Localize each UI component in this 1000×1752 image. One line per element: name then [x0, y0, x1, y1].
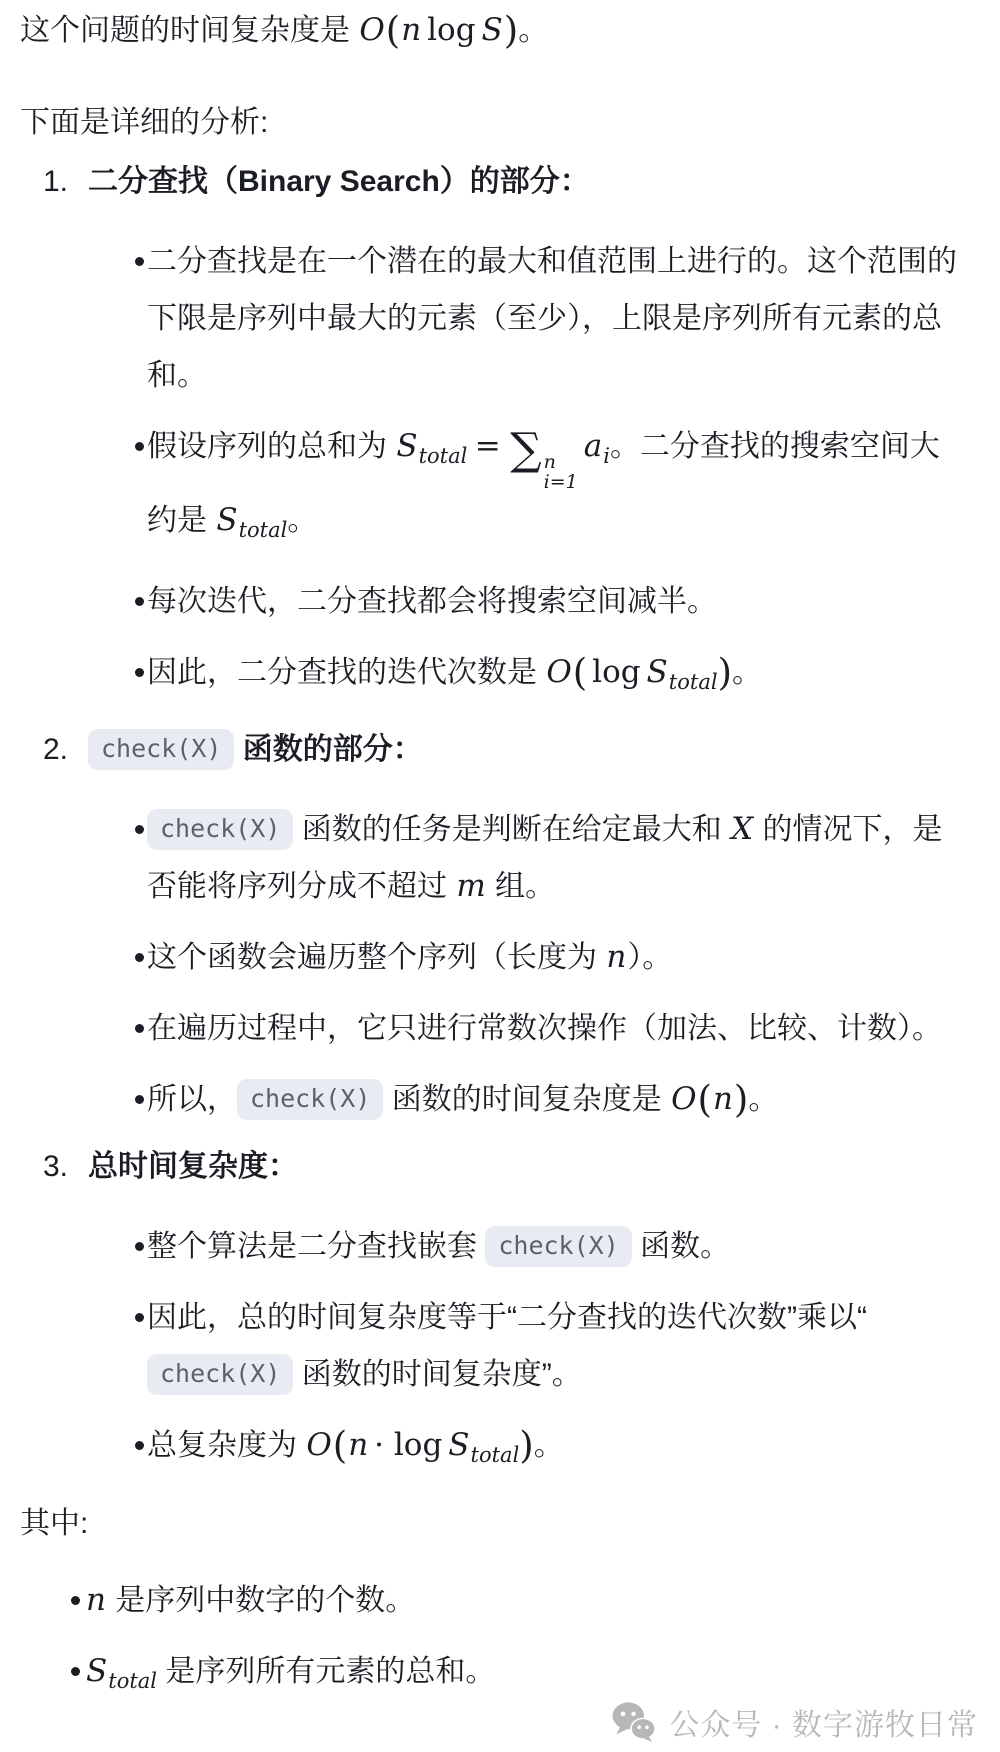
- sum-lower: i=1: [544, 472, 578, 492]
- math-token: ·: [374, 1427, 384, 1463]
- math-token: ): [718, 651, 732, 694]
- math-formula: O(n·logStotal): [305, 1427, 533, 1463]
- math-token: n: [400, 12, 422, 48]
- text-run: 是序列中数字的个数。: [107, 1584, 415, 1617]
- bullet-content: 每次迭代，二分查找都会将搜索空间减半。: [147, 585, 717, 618]
- sub-bullet-item: 假设序列的总和为 Stotal=∑ni=1ai。二分查找的搜索空间大约是 Sto…: [20, 418, 980, 559]
- top-bullet-item: n 是序列中数字的个数。: [20, 1572, 980, 1629]
- bullet-content: n 是序列中数字的个数。: [85, 1584, 415, 1617]
- text-run: 因此，总的时间复杂度等于“二分查找的迭代次数”乘以“: [147, 1301, 867, 1334]
- inline-code-chip: check(X): [485, 1226, 631, 1267]
- text-run: 在遍历过程中，它只进行常数次操作（加法、比较、计数）。: [147, 1012, 942, 1045]
- text-run: 因此，二分查找的迭代次数是: [147, 656, 545, 689]
- math-token: O: [670, 1081, 697, 1117]
- text-run: 总复杂度为: [147, 1429, 305, 1462]
- text-run: 组。: [487, 870, 555, 903]
- math-token: ): [504, 9, 518, 52]
- math-subscript: total: [419, 444, 468, 468]
- math-token: X: [730, 811, 754, 847]
- math-formula: O(n): [670, 1081, 748, 1117]
- sum-limits: ni=1: [544, 452, 578, 492]
- answer-document: 这个问题的时间复杂度是 O(nlogS)。下面是详细的分析:1.二分查找（Bin…: [0, 0, 1000, 1752]
- bullet-content: 假设序列的总和为 Stotal=∑ni=1ai。二分查找的搜索空间大约是 Sto…: [147, 430, 940, 537]
- math-subscript: total: [471, 1443, 520, 1467]
- sub-bullet-item: 二分查找是在一个潜在的最大和值范围上进行的。这个范围的下限是序列中最大的元素（至…: [20, 233, 980, 404]
- text-run: 函数。: [632, 1230, 730, 1263]
- math-token: S: [447, 1427, 470, 1463]
- text-run: 。: [518, 14, 548, 47]
- watermark-text: 公众号 · 数字游牧日常: [669, 1700, 978, 1744]
- math-token: =: [475, 428, 501, 464]
- text-run: 所以，: [147, 1083, 237, 1116]
- inline-code-chip: check(X): [88, 729, 234, 770]
- bullet-content: 整个算法是二分查找嵌套 check(X) 函数。: [147, 1230, 730, 1263]
- bold-text-run: 二分查找（Binary Search）的部分：: [88, 165, 590, 198]
- math-token: m: [455, 868, 486, 904]
- math-token: log: [592, 654, 640, 690]
- sub-bullet-item: 这个函数会遍历整个序列（长度为 n）。: [20, 929, 980, 986]
- sum-upper: n: [544, 452, 556, 472]
- text-run: 函数的任务是判断在给定最大和: [293, 813, 730, 846]
- math-token: S: [395, 428, 418, 464]
- sub-bullet-item: 在遍历过程中，它只进行常数次操作（加法、比较、计数）。: [20, 1000, 980, 1057]
- text-run: 函数的时间复杂度”。: [293, 1358, 581, 1391]
- text-run: 下面是详细的分析:: [20, 106, 268, 139]
- bullet-content: 这个函数会遍历整个序列（长度为 n）。: [147, 941, 672, 974]
- text-run: 。: [732, 656, 762, 689]
- bullet-content: 因此，二分查找的迭代次数是 O(logStotal)。: [147, 656, 762, 689]
- text-run: 。: [748, 1083, 778, 1116]
- sub-bullet-item: 因此，二分查找的迭代次数是 O(logStotal)。: [20, 644, 980, 711]
- text-run: 二分查找是在一个潜在的最大和值范围上进行的。这个范围的下限是序列中最大的元素（至…: [147, 245, 957, 392]
- math-token: n: [347, 1427, 369, 1463]
- math-formula: m: [455, 868, 486, 904]
- bullet-content: 因此，总的时间复杂度等于“二分查找的迭代次数”乘以“check(X) 函数的时间…: [147, 1301, 867, 1391]
- bullet-content: check(X) 函数的任务是判断在给定最大和 X 的情况下，是否能将序列分成不…: [147, 813, 943, 903]
- numbered-item-heading: 二分查找（Binary Search）的部分：: [88, 157, 590, 207]
- sub-bullet-item: 所以，check(X) 函数的时间复杂度是 O(n)。: [20, 1071, 980, 1128]
- bullet-marker: [135, 825, 144, 834]
- text-run: 函数的时间复杂度是: [383, 1083, 670, 1116]
- sub-bullet-item: 每次迭代，二分查找都会将搜索空间减半。: [20, 573, 980, 630]
- math-formula: n: [605, 939, 627, 975]
- document-content: 这个问题的时间复杂度是 O(nlogS)。下面是详细的分析:1.二分查找（Bin…: [20, 6, 980, 1710]
- text-run: 是序列所有元素的总和。: [157, 1655, 495, 1688]
- math-formula: X: [730, 811, 754, 847]
- bullet-marker: [135, 1441, 144, 1450]
- math-formula: O(nlogS): [358, 12, 518, 48]
- inline-code-chip: check(X): [147, 1354, 293, 1395]
- numbered-item: 3.总时间复杂度：: [20, 1142, 980, 1192]
- sub-bullet-item: 整个算法是二分查找嵌套 check(X) 函数。: [20, 1218, 980, 1275]
- math-token: S: [85, 1653, 108, 1689]
- math-token: (: [698, 1078, 712, 1121]
- bullet-marker: [71, 1667, 80, 1676]
- math-token: S: [481, 12, 504, 48]
- math-subscript: total: [669, 670, 718, 694]
- math-token: a: [583, 428, 603, 464]
- numbered-item-heading: 总时间复杂度：: [88, 1142, 298, 1192]
- bullet-content: 所以，check(X) 函数的时间复杂度是 O(n)。: [147, 1083, 778, 1116]
- numbered-item-marker: 2.: [20, 725, 68, 775]
- math-token: S: [646, 654, 669, 690]
- math-subscript: total: [108, 1669, 157, 1693]
- bold-text-run: 总时间复杂度：: [88, 1150, 298, 1183]
- bullet-marker: [135, 1095, 144, 1104]
- bullet-marker: [135, 257, 144, 266]
- math-token: (: [333, 1424, 347, 1467]
- bullet-marker: [71, 1596, 80, 1605]
- math-token: (: [386, 9, 400, 52]
- paragraph: 其中:: [20, 1500, 980, 1548]
- numbered-item-marker: 3.: [20, 1142, 68, 1192]
- math-token: n: [85, 1582, 107, 1618]
- sub-bullet-item: 因此，总的时间复杂度等于“二分查找的迭代次数”乘以“check(X) 函数的时间…: [20, 1289, 980, 1403]
- bullet-marker: [135, 668, 144, 677]
- text-run: ）。: [627, 941, 672, 974]
- math-formula: Stotal: [85, 1653, 157, 1689]
- math-subscript: total: [239, 518, 288, 542]
- text-run: 。: [287, 504, 317, 537]
- inline-code-chip: check(X): [237, 1079, 383, 1120]
- math-token: O: [305, 1427, 332, 1463]
- wechat-icon: [611, 1701, 657, 1743]
- math-token: (: [573, 651, 587, 694]
- bullet-content: Stotal 是序列所有元素的总和。: [85, 1655, 495, 1688]
- sub-bullet-item: check(X) 函数的任务是判断在给定最大和 X 的情况下，是否能将序列分成不…: [20, 801, 980, 915]
- math-token: ): [519, 1424, 533, 1467]
- math-formula: n: [85, 1582, 107, 1618]
- bold-text-run: 函数的部分：: [234, 733, 422, 766]
- math-token: S: [215, 502, 238, 538]
- math-formula: Stotal: [215, 502, 287, 538]
- bullet-content: 二分查找是在一个潜在的最大和值范围上进行的。这个范围的下限是序列中最大的元素（至…: [147, 245, 957, 392]
- math-token: n: [712, 1081, 734, 1117]
- bullet-marker: [135, 1242, 144, 1251]
- text-run: 。: [534, 1429, 564, 1462]
- math-token: O: [545, 654, 572, 690]
- numbered-item: 2.check(X) 函数的部分：: [20, 725, 980, 775]
- text-run: 这个函数会遍历整个序列（长度为: [147, 941, 605, 974]
- paragraph: 下面是详细的分析:: [20, 99, 980, 147]
- bullet-marker: [135, 1024, 144, 1033]
- math-token: log: [427, 12, 475, 48]
- bullet-marker: [135, 1313, 144, 1322]
- math-token: ∑: [510, 424, 541, 475]
- text-run: 假设序列的总和为: [147, 430, 395, 463]
- bullet-marker: [135, 953, 144, 962]
- bullet-content: 总复杂度为 O(n·logStotal)。: [147, 1429, 564, 1462]
- text-run: 这个问题的时间复杂度是: [20, 14, 358, 47]
- bullet-marker: [135, 442, 144, 451]
- numbered-item: 1.二分查找（Binary Search）的部分：: [20, 157, 980, 207]
- text-run: 其中:: [20, 1507, 88, 1540]
- numbered-item-heading: check(X) 函数的部分：: [88, 725, 423, 775]
- math-token: O: [358, 12, 385, 48]
- text-run: 每次迭代，二分查找都会将搜索空间减半。: [147, 585, 717, 618]
- bullet-content: 在遍历过程中，它只进行常数次操作（加法、比较、计数）。: [147, 1012, 942, 1045]
- bullet-marker: [135, 597, 144, 606]
- text-run: 整个算法是二分查找嵌套: [147, 1230, 485, 1263]
- math-token: n: [605, 939, 627, 975]
- math-token: ): [734, 1078, 748, 1121]
- watermark: 公众号 · 数字游牧日常: [611, 1700, 978, 1744]
- math-token: log: [394, 1427, 442, 1463]
- math-formula: Stotal=∑ni=1ai: [395, 428, 610, 464]
- paragraph: 这个问题的时间复杂度是 O(nlogS)。: [20, 6, 980, 55]
- math-subscript: i: [603, 444, 610, 468]
- inline-code-chip: check(X): [147, 809, 293, 850]
- numbered-item-marker: 1.: [20, 157, 68, 207]
- sub-bullet-item: 总复杂度为 O(n·logStotal)。: [20, 1417, 980, 1484]
- document: { "page": {"background": "#ffffff", "tex…: [0, 0, 1000, 1752]
- math-formula: O(logStotal): [545, 654, 732, 690]
